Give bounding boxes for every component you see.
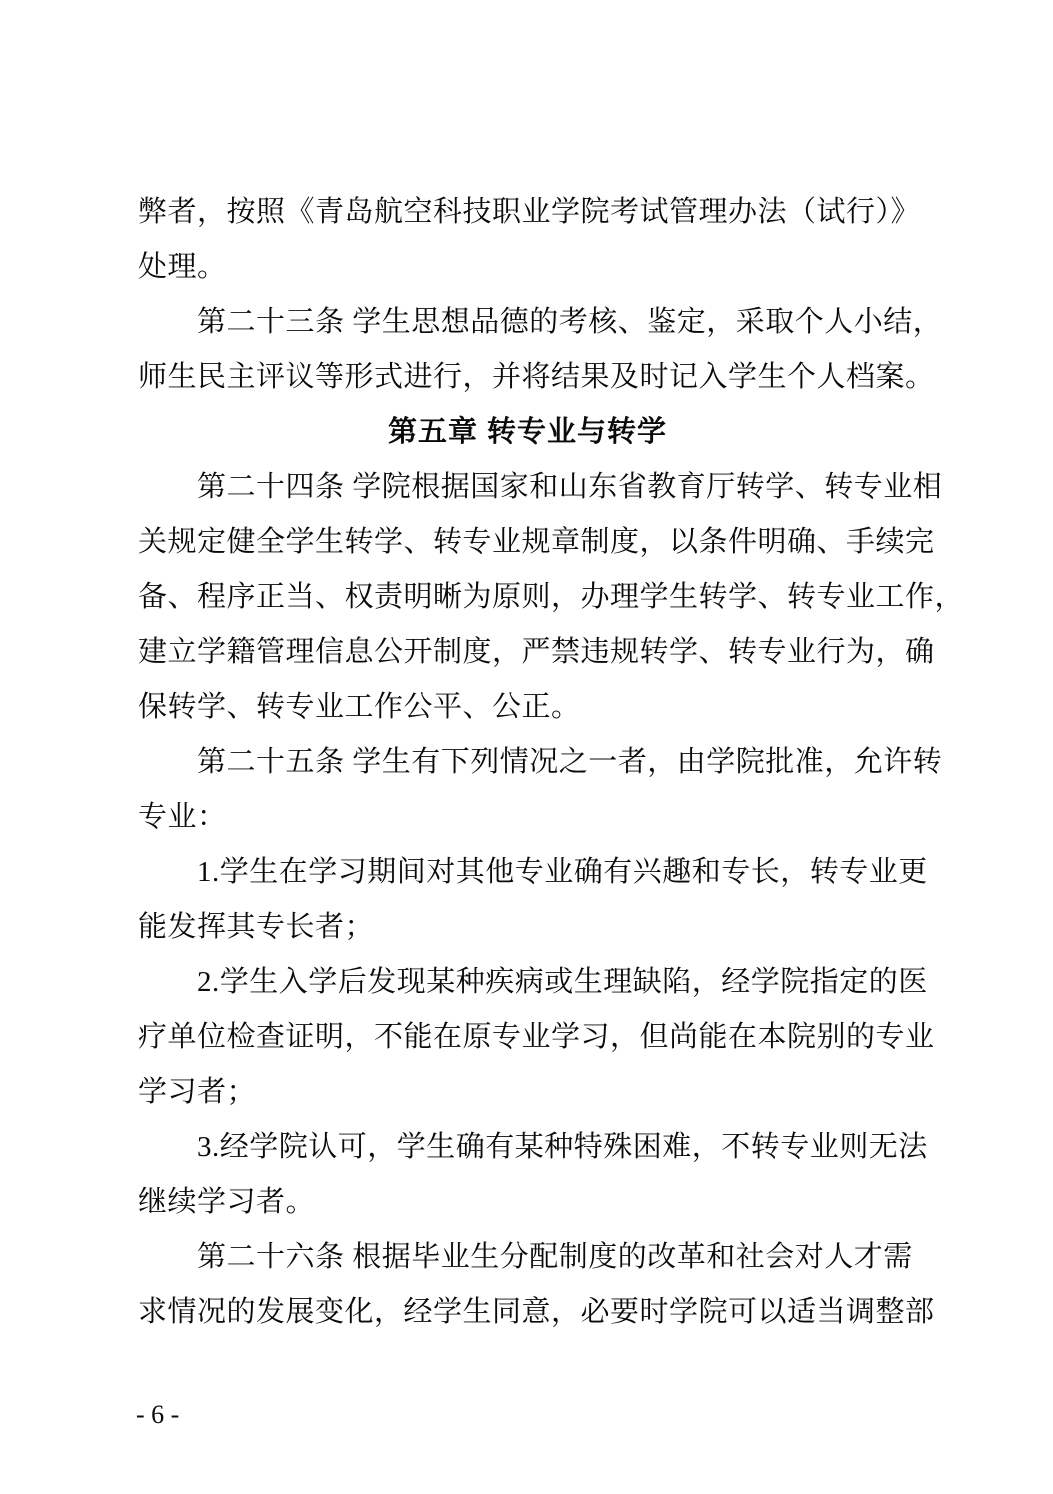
list-item-3-line: 3.经学院认可，学生确有某种特殊困难，不转专业则无法	[138, 1120, 917, 1175]
page-number: - 6 -	[136, 1400, 179, 1430]
article-24-line: 第二十四条 学院根据国家和山东省教育厅转学、转专业相	[138, 460, 917, 515]
paragraph-line: 备、程序正当、权责明晰为原则，办理学生转学、转专业工作，	[138, 570, 917, 625]
document-page: 弊者，按照《青岛航空科技职业学院考试管理办法（试行）》 处理。 第二十三条 学生…	[0, 0, 1053, 1494]
article-23-line: 第二十三条 学生思想品德的考核、鉴定，采取个人小结，	[138, 295, 917, 350]
paragraph-line: 建立学籍管理信息公开制度，严禁违规转学、转专业行为，确	[138, 625, 917, 680]
list-item-2-line: 2.学生入学后发现某种疾病或生理缺陷，经学院指定的医	[138, 955, 917, 1010]
paragraph-line: 疗单位检查证明，不能在原专业学习，但尚能在本院别的专业	[138, 1010, 917, 1065]
paragraph-line: 求情况的发展变化，经学生同意，必要时学院可以适当调整部	[138, 1285, 917, 1340]
paragraph-line: 处理。	[138, 240, 917, 295]
chapter-heading: 第五章 转专业与转学	[138, 405, 917, 460]
paragraph-line: 继续学习者。	[138, 1175, 917, 1230]
paragraph-line: 专业：	[138, 790, 917, 845]
paragraph-line: 关规定健全学生转学、转专业规章制度，以条件明确、手续完	[138, 515, 917, 570]
paragraph-line: 保转学、转专业工作公平、公正。	[138, 680, 917, 735]
article-25-line: 第二十五条 学生有下列情况之一者，由学院批准，允许转	[138, 735, 917, 790]
list-item-1-line: 1.学生在学习期间对其他专业确有兴趣和专长，转专业更	[138, 845, 917, 900]
paragraph-line: 学习者；	[138, 1065, 917, 1120]
document-body: 弊者，按照《青岛航空科技职业学院考试管理办法（试行）》 处理。 第二十三条 学生…	[138, 185, 917, 1340]
article-26-line: 第二十六条 根据毕业生分配制度的改革和社会对人才需	[138, 1230, 917, 1285]
paragraph-line: 师生民主评议等形式进行，并将结果及时记入学生个人档案。	[138, 350, 917, 405]
paragraph-line: 弊者，按照《青岛航空科技职业学院考试管理办法（试行）》	[138, 185, 917, 240]
paragraph-line: 能发挥其专长者；	[138, 900, 917, 955]
